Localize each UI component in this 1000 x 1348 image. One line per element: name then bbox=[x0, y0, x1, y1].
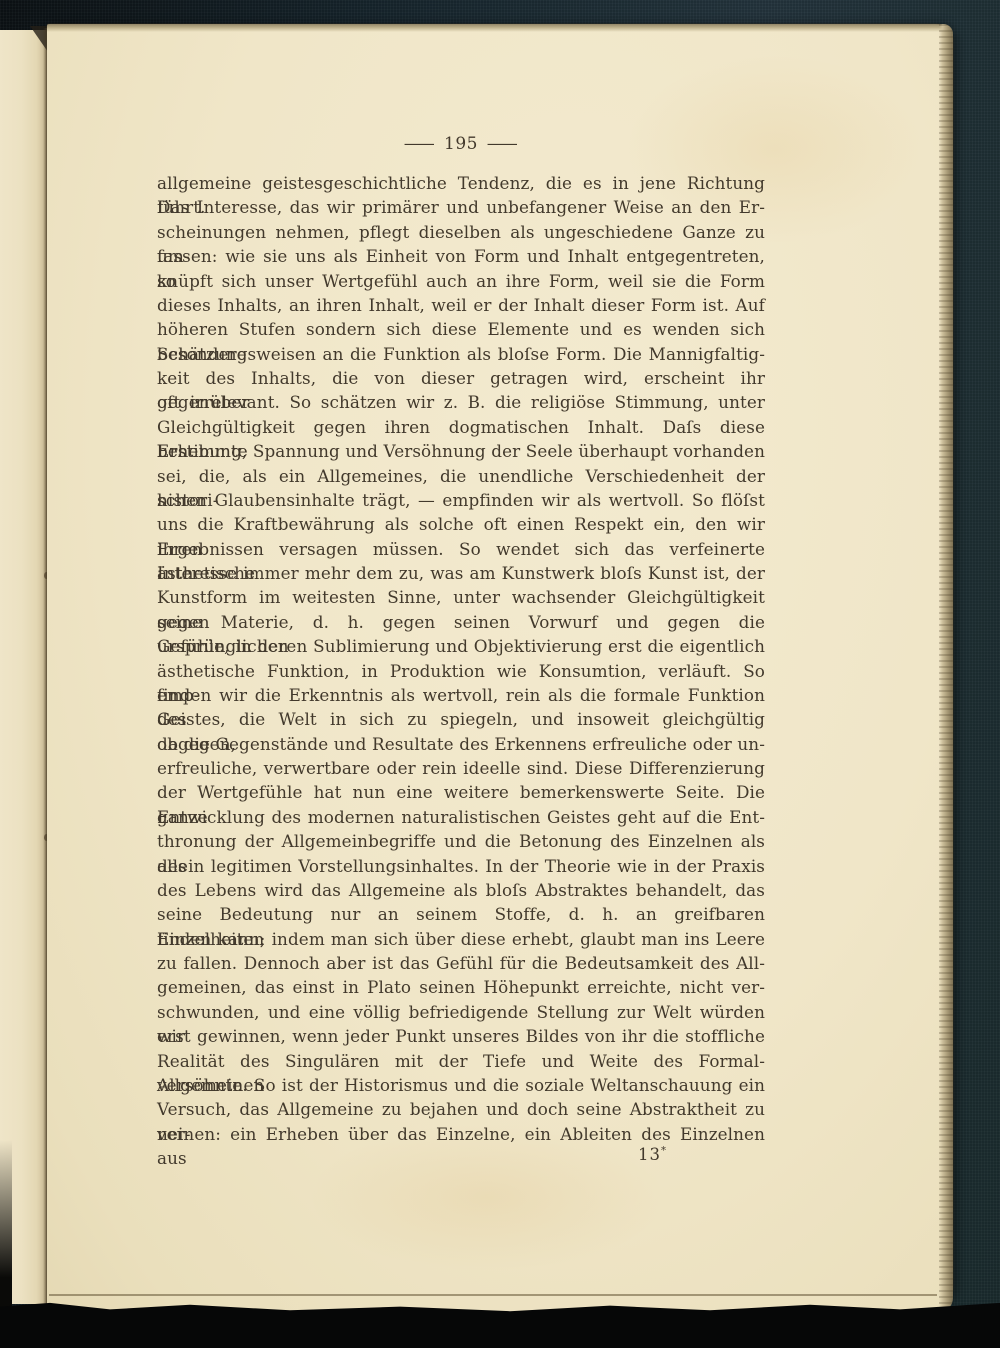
text-line: allein legitimen Vorstellungsinhaltes. I… bbox=[157, 854, 765, 878]
text-line: Geistes, die Welt in sich zu spiegeln, u… bbox=[157, 707, 765, 731]
text-line: Ergebnissen versagen müssen. So wendet s… bbox=[157, 537, 765, 561]
facing-page-edge bbox=[0, 30, 47, 1304]
text-line: fassen: wie sie uns als Einheit von Form… bbox=[157, 244, 765, 268]
text-line: zu fallen. Dennoch aber ist das Gefühl f… bbox=[157, 951, 765, 975]
text-line: Schätzungsweisen an die Funktion als blo… bbox=[157, 342, 765, 366]
text-line: der Wertgefühle hat nun eine weitere bem… bbox=[157, 780, 765, 804]
text-line: ästhetische Funktion, in Produktion wie … bbox=[157, 659, 765, 683]
header-dash-left: — bbox=[403, 134, 436, 154]
page-number-header: —195— bbox=[157, 134, 765, 154]
page-number: 195 bbox=[444, 134, 478, 154]
text-line: Kunstform im weitesten Sinne, unter wach… bbox=[157, 585, 765, 609]
text-line: sei, die, als ein Allgemeines, die unend… bbox=[157, 464, 765, 488]
text-line: allgemeine geistesgeschichtliche Tendenz… bbox=[157, 171, 765, 195]
text-line: thronung der Allgemeinbegriffe und die B… bbox=[157, 829, 765, 853]
text-line: uns die Kraftbewährung als solche oft ei… bbox=[157, 512, 765, 536]
text-line: seine Bedeutung nur an seinem Stoffe, d.… bbox=[157, 902, 765, 926]
text-line: des Lebens wird das Allgemeine als bloſs… bbox=[157, 878, 765, 902]
text-line: finden kann; indem man sich über diese e… bbox=[157, 927, 765, 951]
book-page: —195— allgemeine geistesgeschichtliche T… bbox=[47, 24, 953, 1312]
text-line: gemeinen, das einst in Plato seinen Höhe… bbox=[157, 975, 765, 999]
text-line: schen Glaubensinhalte trägt, — empfinden… bbox=[157, 488, 765, 512]
text-line: Gefühle, in deren Sublimierung und Objek… bbox=[157, 634, 765, 658]
text-line: oft irrelevant. So schätzen wir z. B. di… bbox=[157, 390, 765, 414]
text-line: versöhnte. So ist der Historismus und di… bbox=[157, 1073, 765, 1097]
text-line: knüpft sich unser Wertgefühl auch an ihr… bbox=[157, 269, 765, 293]
text-line: Interesse immer mehr dem zu, was am Kuns… bbox=[157, 561, 765, 585]
header-dash-right: — bbox=[486, 134, 519, 154]
text-line: Entwicklung des modernen naturalistische… bbox=[157, 805, 765, 829]
bottom-left-shadow bbox=[0, 1140, 12, 1312]
text-line: finden wir die Erkenntnis als wertvoll, … bbox=[157, 683, 765, 707]
text-line: Das Interesse, das wir primärer und unbe… bbox=[157, 195, 765, 219]
text-line: Realität des Singulären mit der Tiefe un… bbox=[157, 1049, 765, 1073]
text-line: Versuch, das Allgemeine zu bejahen und d… bbox=[157, 1097, 765, 1121]
book-scan: —195— allgemeine geistesgeschichtliche T… bbox=[0, 0, 1000, 1348]
text-line: erfreuliche, verwertbare oder rein ideel… bbox=[157, 756, 765, 780]
text-line: dieses Inhalts, an ihren Inhalt, weil er… bbox=[157, 293, 765, 317]
page-bottom-edge-line bbox=[49, 1294, 937, 1296]
text-line: ob die Gegenstände und Resultate des Erk… bbox=[157, 732, 765, 756]
text-line: Gleichgültigkeit gegen ihren dogmatische… bbox=[157, 415, 765, 439]
text-line: schwunden, und eine völlig befriedigende… bbox=[157, 1000, 765, 1024]
signature-mark: 13* bbox=[638, 1145, 667, 1164]
text-line: Erhebung, Spannung und Versöhnung der Se… bbox=[157, 439, 765, 463]
signature-star: * bbox=[661, 1146, 667, 1157]
text-line: scheinungen nehmen, pflegt dieselben als… bbox=[157, 220, 765, 244]
text-line: erst gewinnen, wenn jeder Punkt unseres … bbox=[157, 1024, 765, 1048]
body-text: allgemeine geistesgeschichtliche Tendenz… bbox=[157, 171, 765, 1146]
page-right-deckle-edge bbox=[939, 24, 953, 1312]
text-line: neinen: ein Erheben über das Einzelne, e… bbox=[157, 1122, 765, 1146]
page-top-edge bbox=[47, 24, 947, 32]
signature-number: 13 bbox=[638, 1145, 661, 1164]
text-line: höheren Stufen sondern sich diese Elemen… bbox=[157, 317, 765, 341]
text-line: keit des Inhalts, die von dieser getrage… bbox=[157, 366, 765, 390]
text-line: seine Materie, d. h. gegen seinen Vorwur… bbox=[157, 610, 765, 634]
